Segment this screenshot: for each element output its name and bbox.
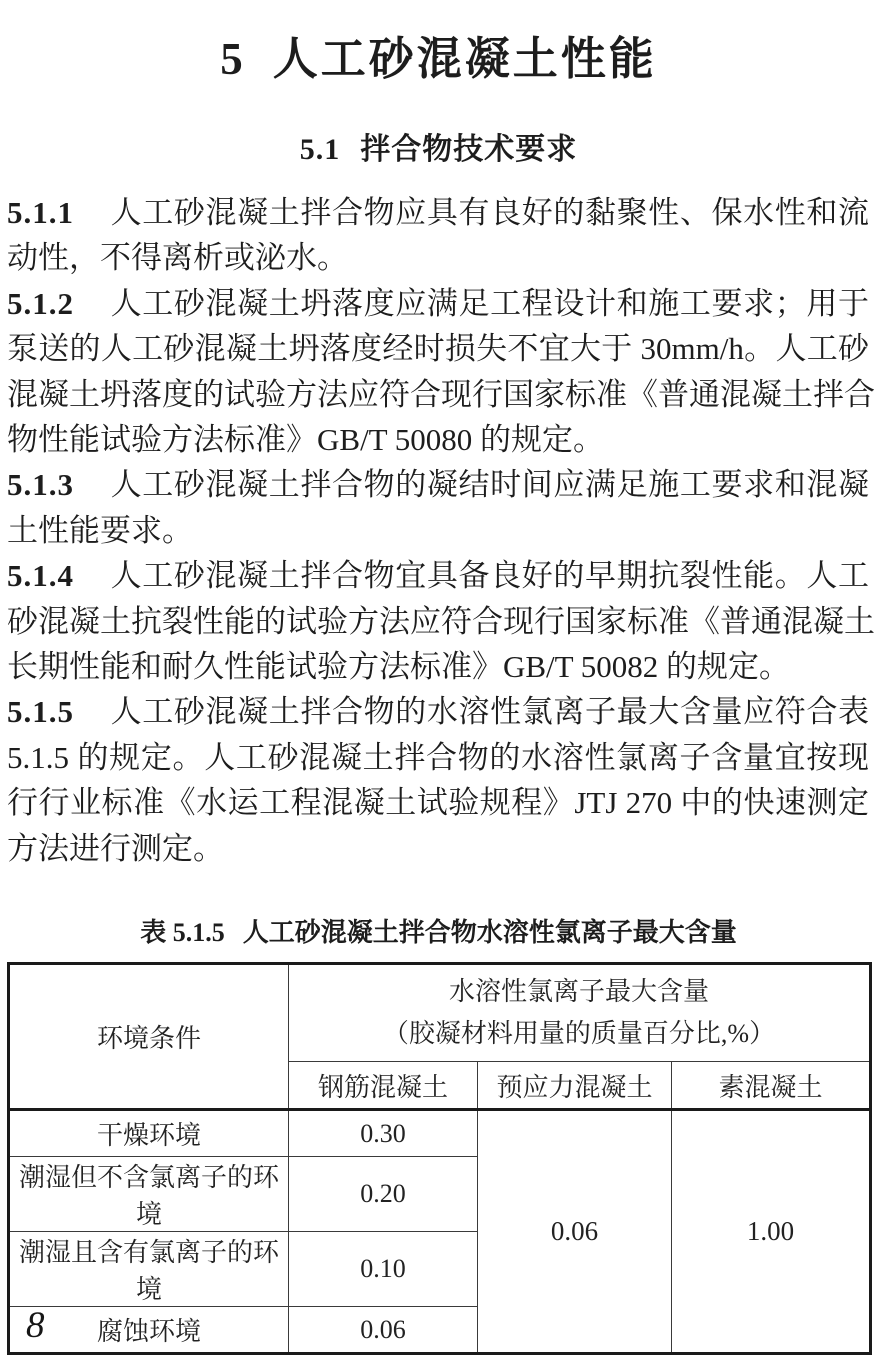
table-caption: 表 5.1.5人工砂混凝土拌合物水溶性氯离子最大含量 [0,912,877,949]
body-clauses: 5.1.1人工砂混凝土拌合物应具有良好的黏聚性、保水性和流 动性，不得离析或泌水… [7,190,869,871]
table-header-row-1: 环境条件 水溶性氯离子最大含量 （胶凝材料用量的质量百分比,%） [9,964,871,1062]
page-number: 8 [26,1304,45,1347]
cell-condition: 潮湿且含有氯离子的环境 [9,1232,289,1307]
cell-reinforced-value: 0.20 [289,1157,478,1232]
clause-5-1-2-line-2: 泵送的人工砂混凝土坍落度经时损失不宜大于 30mm/h。人工砂 [7,326,869,371]
chapter-title-text: 人工砂混凝土性能 [273,34,657,84]
cell-reinforced-value: 0.06 [289,1307,478,1354]
clause-text: 人工砂混凝土拌合物的水溶性氯离子最大含量应符合表 [110,694,869,729]
clause-text: 人工砂混凝土拌合物的凝结时间应满足施工要求和混凝 [110,467,869,502]
clause-5-1-2-line-4: 物性能试验方法标准》GB/T 50080 的规定。 [7,417,869,462]
clause-5-1-2-line-3: 混凝土坍落度的试验方法应符合现行国家标准《普通混凝土拌合 [7,372,869,417]
clause-5-1-1-line-2: 动性，不得离析或泌水。 [7,235,869,280]
cell-condition: 腐蚀环境 [9,1307,289,1354]
clause-5-1-5-line-2: 5.1.5 的规定。人工砂混凝土拌合物的水溶性氯离子含量宜按现 [7,735,869,780]
clause-5-1-4-line-3: 长期性能和耐久性能试验方法标准》GB/T 50082 的规定。 [7,644,869,689]
header-prestressed-concrete: 预应力混凝土 [478,1062,672,1110]
clause-text: 人工砂混凝土拌合物应具有良好的黏聚性、保水性和流 [110,195,869,230]
header-env-conditions: 环境条件 [9,964,289,1110]
header-group-line-2: （胶凝材料用量的质量百分比,%） [289,1013,869,1055]
cell-reinforced-value: 0.10 [289,1232,478,1307]
header-group-title: 水溶性氯离子最大含量 （胶凝材料用量的质量百分比,%） [289,964,871,1062]
clause-number: 5.1.3 [7,467,74,502]
table-caption-text: 人工砂混凝土拌合物水溶性氯离子最大含量 [243,917,737,947]
chloride-limit-table: 环境条件 水溶性氯离子最大含量 （胶凝材料用量的质量百分比,%） 钢筋混凝土 预… [7,962,872,1355]
header-group-line-1: 水溶性氯离子最大含量 [289,971,869,1013]
clause-number: 5.1.2 [7,286,74,321]
header-reinforced-concrete: 钢筋混凝土 [289,1062,478,1110]
cell-plain-value: 1.00 [672,1110,871,1354]
chapter-title: 5人工砂混凝土性能 [0,22,877,87]
table-row-dry: 干燥环境 0.30 0.06 1.00 [9,1110,871,1157]
clause-5-1-3-line-2: 土性能要求。 [7,508,869,553]
clause-5-1-5-line-4: 方法进行测定。 [7,826,869,871]
chapter-number: 5 [220,34,243,84]
cell-reinforced-value: 0.30 [289,1110,478,1157]
cell-condition: 干燥环境 [9,1110,289,1157]
clause-5-1-4-line-1: 5.1.4人工砂混凝土拌合物宜具备良好的早期抗裂性能。人工 [7,553,869,598]
header-plain-concrete: 素混凝土 [672,1062,871,1110]
clause-5-1-5-line-1: 5.1.5人工砂混凝土拌合物的水溶性氯离子最大含量应符合表 [7,689,869,734]
clause-text: 人工砂混凝土坍落度应满足工程设计和施工要求；用于 [110,286,869,321]
cell-prestressed-value: 0.06 [478,1110,672,1354]
document-page: 5人工砂混凝土性能 5.1拌合物技术要求 5.1.1人工砂混凝土拌合物应具有良好… [0,0,877,1366]
clause-5-1-3-line-1: 5.1.3人工砂混凝土拌合物的凝结时间应满足施工要求和混凝 [7,462,869,507]
clause-number: 5.1.5 [7,694,74,729]
section-heading: 5.1拌合物技术要求 [0,124,877,168]
clause-number: 5.1.1 [7,195,74,230]
clause-number: 5.1.4 [7,558,74,593]
cell-condition: 潮湿但不含氯离子的环境 [9,1157,289,1232]
clause-5-1-5-line-3: 行行业标准《水运工程混凝土试验规程》JTJ 270 中的快速测定 [7,780,869,825]
clause-5-1-1-line-1: 5.1.1人工砂混凝土拌合物应具有良好的黏聚性、保水性和流 [7,190,869,235]
table-caption-number: 表 5.1.5 [140,918,225,947]
section-title-text: 拌合物技术要求 [360,133,577,166]
clause-5-1-2-line-1: 5.1.2人工砂混凝土坍落度应满足工程设计和施工要求；用于 [7,281,869,326]
clause-5-1-4-line-2: 砂混凝土抗裂性能的试验方法应符合现行国家标准《普通混凝土 [7,599,869,644]
clause-text: 人工砂混凝土拌合物宜具备良好的早期抗裂性能。人工 [110,558,869,593]
section-number: 5.1 [300,133,341,166]
